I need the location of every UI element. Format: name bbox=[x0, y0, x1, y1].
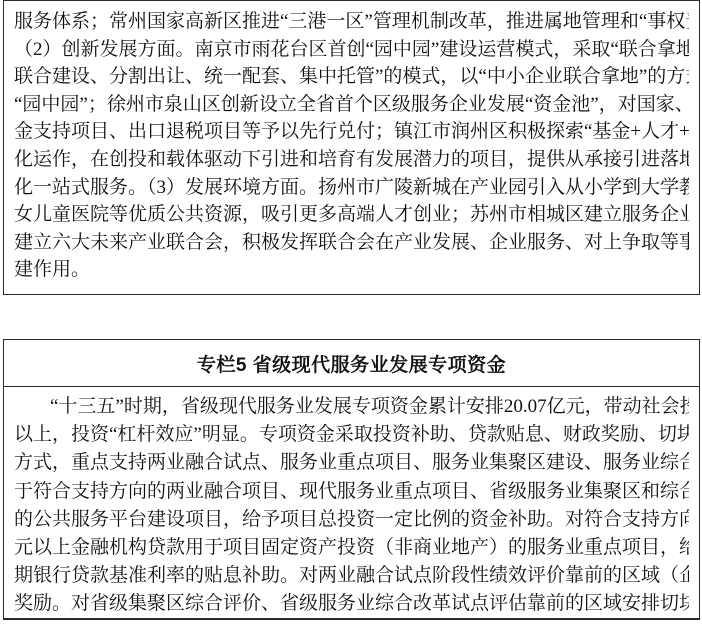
text-line: 方式，重点支持两业融合试点、服务业重点项目、服务业集聚区建设、服务业综合改革试点… bbox=[14, 449, 689, 477]
text-line: 金支持项目、出口退税项目等予以先行兑付；镇江市润州区积极探索“基金+人才+载体”… bbox=[14, 118, 689, 146]
callout-body: “十三五”时期，省级现代服务业发展专项资金累计安排20.07亿元，带动社会投资1… bbox=[4, 387, 699, 619]
text-line: 奖励。对省级集聚区综合评价、省级服务业综合改革试点评估靠前的区域安排切块资金支持… bbox=[14, 590, 689, 618]
text-line: 化一站式服务。（3）发展环境方面。扬州市广陵新城在产业园引入从小学到大学教育体系… bbox=[14, 174, 689, 202]
text-line: “十三五”时期，省级现代服务业发展专项资金累计安排20.07亿元，带动社会投资1… bbox=[14, 393, 689, 421]
callout-title-row: 专栏5 省级现代服务业发展专项资金 bbox=[4, 340, 699, 387]
text-line: 以上，投资“杠杆效应”明显。专项资金采取投资补助、贷款贴息、财政奖励、切块扶持等… bbox=[14, 421, 689, 449]
callout-title: 专栏5 省级现代服务业发展专项资金 bbox=[197, 350, 506, 377]
text-line: 的公共服务平台建设项目，给予项目总投资一定比例的资金补助。对符合支持方向、使用1… bbox=[14, 506, 689, 534]
text-line: 女儿童医院等优质公共资源，吸引更多高端人才创业；苏州市相城区建立服务企业十项工作… bbox=[14, 201, 689, 229]
text-line: （2）创新发展方面。南京市雨花台区首创“园中园”建设运营模式，采取“联合拿地、统… bbox=[14, 36, 689, 64]
text-line: 建立六大未来产业联合会，积极发挥联合会在产业发展、企业服务、对上争取等事项上的协… bbox=[14, 229, 689, 257]
text-line: 服务体系；常州国家高新区推进“三港一区”管理机制改革，推进属地管理和“事权责”相… bbox=[14, 8, 689, 36]
text-line: 化运作，在创投和载体驱动下引进和培育有发展潜力的项目，提供从承接引进落地建设到成… bbox=[14, 146, 689, 174]
text-line: 于符合支持方向的两业融合项目、现代服务业重点项目、省级服务业集聚区和综合改革试点… bbox=[14, 478, 689, 506]
callout-box-column5: 专栏5 省级现代服务业发展专项资金 “十三五”时期，省级现代服务业发展专项资金累… bbox=[3, 339, 700, 620]
text-line: 元以上金融机构贷款用于项目固定资产投资（非商业地产）的服务业重点项目，给予不超过… bbox=[14, 534, 689, 562]
continued-paragraph-box: 服务体系；常州国家高新区推进“三港一区”管理机制改革，推进属地管理和“事权责”相… bbox=[3, 0, 700, 295]
text-line: 联合建设、分割出让、统一配套、集中托管”的模式，以“中小企业联合拿地”的方式打造… bbox=[14, 63, 689, 91]
text-line: “园中园”；徐州市泉山区创新设立全省首个区级服务企业发展“资金池”，对国家、省、… bbox=[14, 91, 689, 119]
text-line: 建作用。 bbox=[14, 256, 689, 284]
text-line: 期银行贷款基准利率的贴息补助。对两业融合试点阶段性绩效评价靠前的区域（企业）给予… bbox=[14, 562, 689, 590]
